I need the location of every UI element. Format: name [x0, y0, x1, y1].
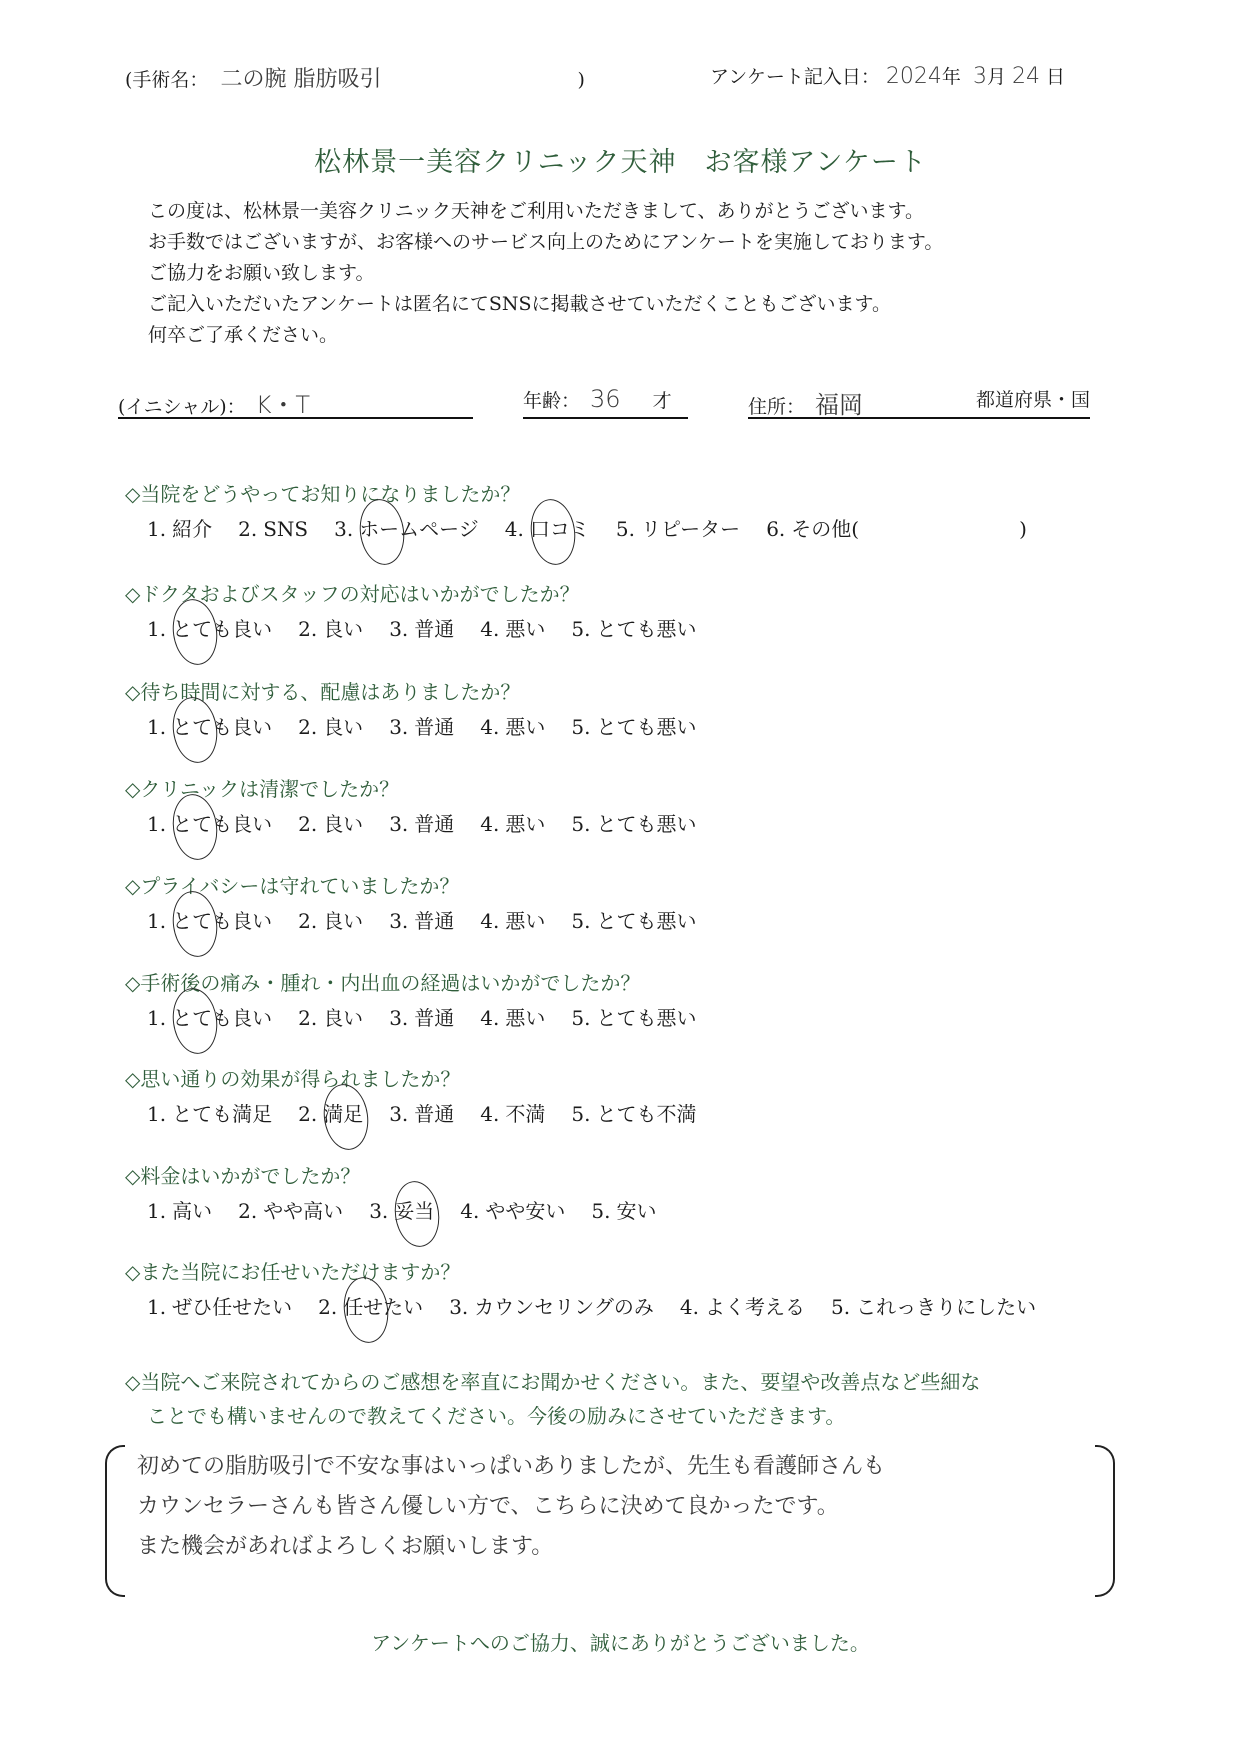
address-field[interactable]: 住所：福岡 都道府県・国 [748, 385, 1090, 419]
option-label: 普通 [414, 1102, 454, 1126]
answer-option[interactable]: 5.とても悪い [571, 905, 696, 934]
option-label: とても良い [172, 909, 272, 933]
option-number: 4. [480, 909, 499, 933]
intro-line: ご協力をお願い致します。 [148, 258, 1108, 289]
option-number: 5. [571, 1102, 590, 1126]
option-number: 5. [571, 909, 590, 933]
surgery-name-field: (手術名： 二の腕 脂肪吸引 ) [125, 62, 585, 93]
answer-option[interactable]: 1.紹介 [147, 513, 212, 542]
option-label: よく考える [705, 1295, 805, 1319]
address-unit: 都道府県・国 [976, 385, 1090, 412]
option-label: SNS [263, 517, 308, 541]
date-day: 24 [1012, 64, 1040, 89]
answer-option[interactable]: 2.やや高い [238, 1195, 343, 1224]
date-year-unit: 年 [942, 66, 961, 88]
initials-field[interactable]: (イニシャル)：K・T [118, 385, 473, 419]
surgery-label: (手術名： [125, 69, 208, 91]
option-number: 2. [298, 715, 317, 739]
option-number: 3. [389, 909, 408, 933]
date-label: アンケート記入日： [710, 66, 880, 88]
option-label: 普通 [414, 909, 454, 933]
question-title: ◇ドクタおよびスタッフの対応はいかがでしたか？ [125, 578, 1125, 607]
answer-option[interactable]: 5.とても悪い [571, 1002, 696, 1031]
answer-option[interactable]: 3.普通 [389, 905, 454, 934]
comment-prompt-line: ◇当院へご来院されてからのご感想を率直にお聞かせください。また、要望や改善点など… [125, 1365, 1125, 1399]
option-label: 悪い [505, 812, 545, 836]
answer-option[interactable]: 5.これっきりにしたい [831, 1291, 1036, 1320]
option-number: 1. [147, 1295, 166, 1319]
date-month: 3 [973, 64, 987, 89]
question-block: ◇クリニックは清潔でしたか？1.とても良い2.良い3.普通4.悪い5.とても悪い [125, 773, 1125, 837]
option-label: 普通 [414, 715, 454, 739]
answer-option[interactable]: 5.安い [591, 1195, 656, 1224]
age-field[interactable]: 年齢：36 才 [523, 385, 688, 419]
question-block: ◇また当院にお任せいただけますか？1.ぜひ任せたい2.任せたい3.カウンセリング… [125, 1256, 1125, 1320]
option-number: 2. [238, 517, 257, 541]
answer-option[interactable]: 4.悪い [480, 905, 545, 934]
option-label: 妥当 [394, 1199, 434, 1223]
answer-option[interactable]: 3.普通 [389, 711, 454, 740]
answer-option[interactable]: 3.普通 [389, 1002, 454, 1031]
comment-answer-line: カウンセラーさんも皆さん優しい方で、こちらに決めて良かったです。 [137, 1487, 1087, 1527]
option-label: 普通 [414, 1006, 454, 1030]
option-label: 普通 [414, 812, 454, 836]
option-label: とても満足 [172, 1102, 272, 1126]
option-number: 2. [318, 1295, 337, 1319]
respondent-info: (イニシャル)：K・T 年齢：36 才 住所：福岡 都道府県・国 [118, 385, 1088, 421]
clinic-name: 松林景一美容クリニック天神 [314, 147, 676, 178]
option-number: 3. [389, 812, 408, 836]
answer-options: 1.とても良い2.良い3.普通4.悪い5.とても悪い [125, 613, 1125, 642]
date-month-unit: 月 [987, 66, 1006, 88]
answer-option[interactable]: 1.とても良い [147, 711, 272, 740]
right-bracket [1095, 1445, 1115, 1597]
option-label: 良い [323, 715, 363, 739]
option-number: 5. [571, 715, 590, 739]
answer-option[interactable]: 3.普通 [389, 1098, 454, 1127]
address-value: 福岡 [815, 391, 863, 419]
option-label: これっきりにしたい [856, 1295, 1036, 1319]
option-number: 3. [389, 715, 408, 739]
option-number: 3. [449, 1295, 468, 1319]
option-number: 5. [571, 812, 590, 836]
answer-option[interactable]: 4.悪い [480, 808, 545, 837]
answer-option[interactable]: 5.とても悪い [571, 808, 696, 837]
option-number: 1. [147, 1199, 166, 1223]
option-label: カウンセリングのみ [474, 1295, 654, 1319]
answer-option[interactable]: 1.ぜひ任せたい [147, 1291, 292, 1320]
answer-option[interactable]: 3.妥当 [369, 1195, 434, 1224]
answer-option[interactable]: 5.とても不満 [571, 1098, 696, 1127]
option-label: 高い [172, 1199, 212, 1223]
footer-thanks: アンケートへのご協力、誠にありがとうございました。 [0, 1627, 1241, 1656]
date-year: 2024 [886, 64, 942, 89]
option-number: 4. [480, 1006, 499, 1030]
option-label: とても悪い [596, 909, 696, 933]
header-row: (手術名： 二の腕 脂肪吸引 ) アンケート記入日：2024年 3月24 日 [125, 62, 1115, 92]
option-label: 普通 [414, 617, 454, 641]
answer-option[interactable]: 2.満足 [298, 1098, 363, 1127]
question-title: ◇当院をどうやってお知りになりましたか？ [125, 478, 1125, 507]
question-block: ◇料金はいかがでしたか？1.高い2.やや高い3.妥当4.やや安い5.安い [125, 1160, 1125, 1224]
option-number: 1. [147, 617, 166, 641]
option-number: 2. [298, 1006, 317, 1030]
option-label: 紹介 [172, 517, 212, 541]
option-number: 4. [505, 517, 524, 541]
comment-answer-line: 初めての脂肪吸引で不安な事はいっぱいありましたが、先生も看護師さんも [137, 1447, 1087, 1487]
answer-option[interactable]: 1.とても良い [147, 905, 272, 934]
option-number: 4. [460, 1199, 479, 1223]
question-title: ◇手術後の痛み・腫れ・内出血の経過はいかがでしたか？ [125, 967, 1125, 996]
answer-option[interactable]: 2.良い [298, 711, 363, 740]
answer-option[interactable]: 2.良い [298, 808, 363, 837]
comment-prompt-line: ことでも構いませんので教えてください。今後の励みにさせていただきます。 [125, 1399, 1125, 1433]
answer-option[interactable]: 5.リピーター [616, 513, 740, 542]
option-number: 4. [480, 1102, 499, 1126]
answer-option[interactable]: 4.悪い [480, 1002, 545, 1031]
answer-option[interactable]: 5.とても悪い [571, 711, 696, 740]
option-number: 1. [147, 715, 166, 739]
question-title: ◇料金はいかがでしたか？ [125, 1160, 1125, 1189]
question-block: ◇ドクタおよびスタッフの対応はいかがでしたか？1.とても良い2.良い3.普通4.… [125, 578, 1125, 642]
answer-options: 1.とても良い2.良い3.普通4.悪い5.とても悪い [125, 808, 1125, 837]
age-value: 36 [590, 385, 621, 413]
answer-options: 1.とても良い2.良い3.普通4.悪い5.とても悪い [125, 1002, 1125, 1031]
option-number: 3. [369, 1199, 388, 1223]
option-label: とても良い [172, 1006, 272, 1030]
option-number: 3. [334, 517, 353, 541]
question-block: ◇待ち時間に対する、配慮はありましたか？1.とても良い2.良い3.普通4.悪い5… [125, 676, 1125, 740]
answer-option[interactable]: 3.普通 [389, 808, 454, 837]
answer-options: 1.とても満足2.満足3.普通4.不満5.とても不満 [125, 1098, 1125, 1127]
question-title: ◇プライバシーは守れていましたか？ [125, 870, 1125, 899]
intro-text: この度は、松林景一美容クリニック天神をご利用いただきまして、ありがとうございます… [148, 196, 1108, 351]
option-label: とても良い [172, 715, 272, 739]
option-label: 満足 [323, 1102, 363, 1126]
answer-option[interactable]: 2.SNS [238, 517, 308, 541]
option-label: 悪い [505, 617, 545, 641]
option-label: その他( ) [791, 517, 1027, 541]
option-label: リピーター [641, 517, 740, 541]
question-block: ◇手術後の痛み・腫れ・内出血の経過はいかがでしたか？1.とても良い2.良い3.普… [125, 967, 1125, 1031]
option-label: 悪い [505, 715, 545, 739]
option-number: 4. [680, 1295, 699, 1319]
option-label: とても良い [172, 617, 272, 641]
intro-line: この度は、松林景一美容クリニック天神をご利用いただきまして、ありがとうございます… [148, 196, 1108, 227]
date-day-unit: 日 [1046, 66, 1065, 88]
intro-line: お手数ではございますが、お客様へのサービス向上のためにアンケートを実施しておりま… [148, 227, 1108, 258]
option-number: 1. [147, 812, 166, 836]
question-title: ◇また当院にお任せいただけますか？ [125, 1256, 1125, 1285]
answer-option[interactable]: 3.ホームページ [334, 513, 479, 542]
option-label: やや安い [485, 1199, 565, 1223]
option-label: 安い [616, 1199, 656, 1223]
option-number: 5. [571, 1006, 590, 1030]
question-block: ◇プライバシーは守れていましたか？1.とても良い2.良い3.普通4.悪い5.とて… [125, 870, 1125, 934]
answer-option[interactable]: 2.良い [298, 1002, 363, 1031]
comment-box[interactable]: 初めての脂肪吸引で不安な事はいっぱいありましたが、先生も看護師さんも カウンセラ… [105, 1445, 1115, 1593]
answer-option[interactable]: 4.悪い [480, 711, 545, 740]
option-label: とても悪い [596, 715, 696, 739]
option-number: 1. [147, 1006, 166, 1030]
option-number: 2. [238, 1199, 257, 1223]
option-number: 2. [298, 617, 317, 641]
question-title: ◇クリニックは清潔でしたか？ [125, 773, 1125, 802]
option-number: 4. [480, 812, 499, 836]
option-number: 1. [147, 517, 166, 541]
age-label: 年齢： [523, 390, 580, 412]
option-label: 任せたい [343, 1295, 423, 1319]
initials-label: (イニシャル)： [118, 396, 246, 418]
option-number: 4. [480, 715, 499, 739]
option-label: 良い [323, 812, 363, 836]
answer-option[interactable]: 5.とても悪い [571, 613, 696, 642]
answer-options: 1.紹介2.SNS3.ホームページ4.口コミ5.リピーター6.その他( ) [125, 513, 1125, 542]
question-block: ◇思い通りの効果が得られましたか？1.とても満足2.満足3.普通4.不満5.とて… [125, 1063, 1125, 1127]
answer-option[interactable]: 2.良い [298, 905, 363, 934]
option-number: 6. [766, 517, 785, 541]
option-label: やや高い [263, 1199, 343, 1223]
intro-line: ご記入いただいたアンケートは匿名にてSNSに掲載させていただくこともございます。 [148, 289, 1108, 320]
page-title: 松林景一美容クリニック天神お客様アンケート [0, 140, 1241, 179]
option-label: 良い [323, 617, 363, 641]
option-number: 3. [389, 1102, 408, 1126]
answer-option[interactable]: 3.カウンセリングのみ [449, 1291, 654, 1320]
option-number: 1. [147, 909, 166, 933]
option-number: 1. [147, 1102, 166, 1126]
option-number: 3. [389, 617, 408, 641]
question-title: ◇待ち時間に対する、配慮はありましたか？ [125, 676, 1125, 705]
option-label: とても悪い [596, 812, 696, 836]
option-number: 4. [480, 617, 499, 641]
option-number: 3. [389, 1006, 408, 1030]
answer-option[interactable]: 2.任せたい [318, 1291, 423, 1320]
option-number: 5. [591, 1199, 610, 1223]
answer-option[interactable]: 4.よく考える [680, 1291, 805, 1320]
age-unit: 才 [653, 390, 672, 412]
surgery-value: 二の腕 脂肪吸引 [220, 67, 381, 92]
answer-option[interactable]: 3.普通 [389, 613, 454, 642]
option-label: 口コミ [530, 517, 590, 541]
answer-option[interactable]: 1.とても満足 [147, 1098, 272, 1127]
answer-option[interactable]: 4.悪い [480, 613, 545, 642]
answer-option[interactable]: 1.とても良い [147, 1002, 272, 1031]
answer-option[interactable]: 1.とても良い [147, 808, 272, 837]
answer-option[interactable]: 1.高い [147, 1195, 212, 1224]
initials-value: K・T [256, 391, 310, 419]
option-label: 悪い [505, 909, 545, 933]
survey-date-field: アンケート記入日：2024年 3月24 日 [710, 62, 1065, 89]
answer-options: 1.とても良い2.良い3.普通4.悪い5.とても悪い [125, 905, 1125, 934]
comment-answer: 初めての脂肪吸引で不安な事はいっぱいありましたが、先生も看護師さんも カウンセラ… [137, 1447, 1087, 1567]
answer-options: 1.とても良い2.良い3.普通4.悪い5.とても悪い [125, 711, 1125, 740]
option-label: 良い [323, 1006, 363, 1030]
option-label: とても悪い [596, 617, 696, 641]
option-number: 2. [298, 909, 317, 933]
option-label: 不満 [505, 1102, 545, 1126]
option-number: 2. [298, 812, 317, 836]
option-label: とても悪い [596, 1006, 696, 1030]
answer-option[interactable]: 4.やや安い [460, 1195, 565, 1224]
option-label: ぜひ任せたい [172, 1295, 292, 1319]
option-number: 5. [616, 517, 635, 541]
option-label: ホームページ [359, 517, 479, 541]
question-title: ◇思い通りの効果が得られましたか？ [125, 1063, 1125, 1092]
option-number: 5. [831, 1295, 850, 1319]
answer-option[interactable]: 6.その他( ) [766, 513, 1027, 542]
survey-title: お客様アンケート [705, 147, 927, 178]
answer-option[interactable]: 2.良い [298, 613, 363, 642]
answer-options: 1.高い2.やや高い3.妥当4.やや安い5.安い [125, 1195, 1125, 1224]
question-block: ◇当院をどうやってお知りになりましたか？1.紹介2.SNS3.ホームページ4.口… [125, 478, 1125, 542]
option-label: とても不満 [596, 1102, 696, 1126]
address-label: 住所： [748, 396, 805, 418]
answer-options: 1.ぜひ任せたい2.任せたい3.カウンセリングのみ4.よく考える5.これっきりに… [125, 1291, 1125, 1320]
option-label: 良い [323, 909, 363, 933]
option-label: 悪い [505, 1006, 545, 1030]
intro-line: 何卒ご了承ください。 [148, 320, 1108, 351]
answer-option[interactable]: 4.不満 [480, 1098, 545, 1127]
surgery-close-paren: ) [578, 69, 585, 91]
comment-prompt: ◇当院へご来院されてからのご感想を率直にお聞かせください。また、要望や改善点など… [125, 1365, 1125, 1433]
option-label: とても良い [172, 812, 272, 836]
option-number: 2. [298, 1102, 317, 1126]
answer-option[interactable]: 1.とても良い [147, 613, 272, 642]
comment-answer-line: また機会があればよろしくお願いします。 [137, 1527, 1087, 1567]
option-number: 5. [571, 617, 590, 641]
left-bracket [105, 1445, 125, 1597]
answer-option[interactable]: 4.口コミ [505, 513, 590, 542]
